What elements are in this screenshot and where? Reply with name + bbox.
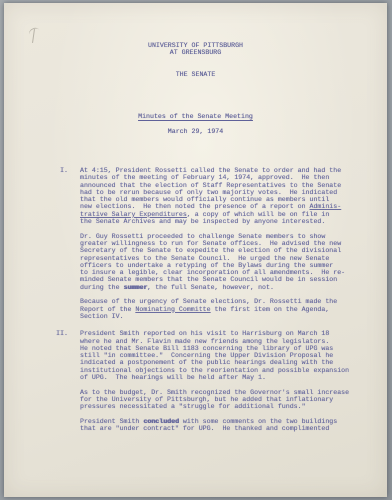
section-2-paragraphs: President Smith reported on his visit to…	[80, 330, 383, 432]
document-date: March 29, 1974	[4, 128, 387, 135]
section-2: II. President Smith reported on his visi…	[4, 330, 383, 432]
section-1: I. At 4:15, President Rossetti called th…	[4, 167, 383, 320]
paragraph: President Smith concluded with some comm…	[80, 418, 383, 433]
document-body: I. At 4:15, President Rossetti called th…	[4, 167, 383, 432]
org-campus: AT GREENSBURG	[4, 49, 387, 56]
letterhead: UNIVERSITY OF PITTSBURGH AT GREENSBURG T…	[4, 42, 387, 78]
section-2-numeral: II.	[4, 330, 68, 337]
scan-background: UNIVERSITY OF PITTSBURGH AT GREENSBURG T…	[0, 0, 392, 500]
section-1-paragraphs: At 4:15, President Rossetti called the S…	[80, 167, 383, 320]
paragraph: Dr. Guy Rossetti proceeded to challenge …	[80, 233, 383, 291]
org-body: THE SENATE	[4, 71, 387, 78]
paragraph: At 4:15, President Rossetti called the S…	[80, 167, 383, 225]
section-1-numeral: I.	[4, 167, 68, 174]
document-page: UNIVERSITY OF PITTSBURGH AT GREENSBURG T…	[4, 3, 387, 497]
document-title-block: Minutes of the Senate Meeting March 29, …	[4, 113, 387, 136]
paragraph: President Smith reported on his visit to…	[80, 330, 383, 381]
paragraph: Because of the urgency of Senate electio…	[80, 298, 383, 320]
paragraph: As to the budget, Dr. Smith recognized t…	[80, 389, 383, 411]
document-title: Minutes of the Senate Meeting	[4, 113, 387, 120]
